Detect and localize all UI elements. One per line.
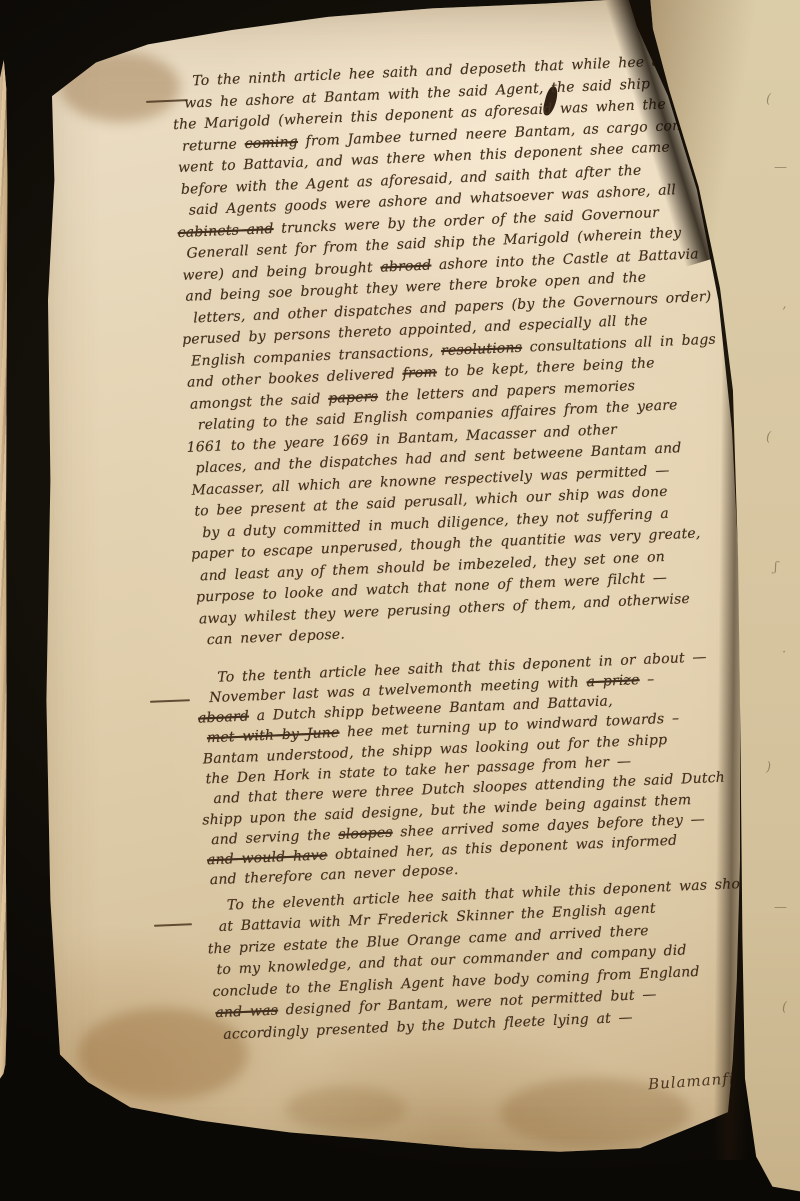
deleted-word: and would have	[207, 848, 328, 869]
deleted-word: cabinets and	[177, 221, 274, 241]
ink-mark: —	[774, 900, 787, 915]
deleted-word: papers	[328, 388, 378, 406]
ink-mark: (	[766, 92, 771, 107]
ink-mark: )	[766, 760, 771, 775]
pen-flourish	[150, 699, 190, 703]
ink-mark: ʃ	[774, 560, 778, 575]
deleted-word: coming	[244, 133, 298, 151]
photo-background: To the ninth article hee saith and depos…	[0, 0, 800, 1201]
paper-stain	[60, 52, 180, 122]
paragraph: To the eleventh article hee saith that w…	[211, 871, 800, 1046]
ink-mark: (	[766, 430, 771, 445]
ink-mark: (	[782, 1000, 787, 1015]
pen-flourish	[154, 923, 192, 927]
deleted-word: aboard	[198, 709, 250, 727]
paragraph: To the tenth article hee saith that this…	[201, 643, 800, 891]
paper-stain	[286, 1086, 406, 1132]
deleted-word: resolutions	[441, 339, 523, 358]
deleted-word: a prize	[586, 672, 640, 690]
ink-mark: ’	[782, 305, 786, 320]
deleted-word: abroad	[380, 257, 432, 275]
deleted-word: and was	[215, 1003, 278, 1022]
deleted-word: met with by June	[207, 725, 340, 747]
deleted-word: from	[402, 364, 437, 381]
ink-mark: ·	[782, 645, 786, 660]
deleted-word: sloopes	[338, 824, 393, 842]
ink-mark: —	[774, 160, 787, 175]
